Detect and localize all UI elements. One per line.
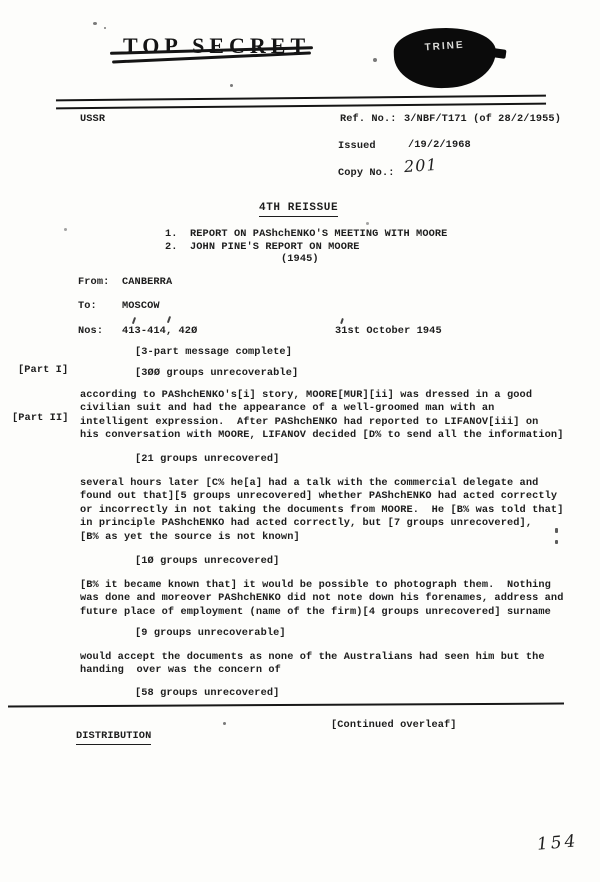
handwritten-page-number: 154 [536, 831, 579, 855]
message-date: 31st October 1945 [335, 325, 442, 338]
issued-label: Issued [338, 140, 376, 153]
handwritten-tick-mark [132, 317, 136, 324]
message-complete-note: [3-part message complete] [135, 346, 292, 359]
body-paragraph-2: several hours later [C% he[a] had a talk… [80, 477, 564, 544]
reissue-heading: 4TH REISSUE [259, 202, 338, 217]
issued-value: /19/2/1968 [408, 139, 471, 152]
stray-mark [64, 228, 67, 231]
part-1-margin-label: [Part I] [18, 364, 68, 377]
stray-mark [373, 58, 377, 62]
trine-stamp-text: TRINE [393, 37, 496, 55]
to-value: MOSCOW [122, 300, 160, 313]
trine-stamp: TRINE [393, 26, 497, 90]
part-2-margin-label: [Part II] [12, 412, 69, 425]
groups-unrecovered-note: [58 groups unrecovered] [135, 687, 279, 700]
body-paragraph-4: would accept the documents as none of th… [80, 651, 545, 678]
document-page: TOP SECRET TRINE USSR Ref. No.: 3/NBF/T1… [0, 0, 600, 882]
from-label: From: [78, 276, 109, 289]
header-divider [56, 95, 546, 110]
title-item-1: REPORT ON PAShchENKO'S MEETING WITH MOOR… [190, 228, 447, 241]
ref-no-label: Ref. No.: [340, 113, 397, 126]
continued-overleaf-note: [Continued overleaf] [331, 719, 457, 732]
nos-value: 413-414, 42Ø [122, 325, 197, 338]
copy-no-label: Copy No.: [338, 167, 395, 180]
stray-mark [555, 540, 558, 544]
body-paragraph-3: [B% it became known that] it would be po… [80, 579, 564, 619]
title-item-2-number: 2. [165, 241, 178, 254]
body-paragraph-1: according to PAShchENKO's[i] story, MOOR… [80, 389, 564, 443]
nos-label: Nos: [78, 325, 103, 338]
stray-mark [223, 722, 226, 725]
copy-no-value-handwritten: 201 [404, 158, 438, 174]
groups-unrecovered-note: [1Ø groups unrecovered] [135, 555, 279, 568]
country-label: USSR [80, 113, 105, 126]
handwritten-tick-mark [340, 318, 343, 324]
from-value: CANBERRA [122, 276, 172, 289]
groups-unrecoverable-note: [3ØØ groups unrecoverable] [135, 367, 298, 380]
stray-mark [104, 27, 106, 29]
to-label: To: [78, 300, 97, 313]
title-item-2: JOHN PINE'S REPORT ON MOORE [190, 241, 360, 254]
title-item-1-number: 1. [165, 228, 178, 241]
stray-mark [555, 528, 558, 533]
handwritten-tick-mark [167, 316, 171, 323]
stray-mark [366, 222, 369, 225]
trine-stamp-tab [492, 48, 506, 59]
title-year: (1945) [281, 253, 319, 266]
groups-unrecovered-note: [21 groups unrecovered] [135, 453, 279, 466]
stray-mark [93, 22, 97, 25]
groups-unrecoverable-note: [9 groups unrecoverable] [135, 627, 286, 640]
ref-no-value: 3/NBF/T171 (of 28/2/1955) [404, 113, 561, 126]
distribution-heading: DISTRIBUTION [76, 730, 151, 745]
stray-mark [230, 84, 233, 87]
footer-divider [8, 703, 564, 708]
